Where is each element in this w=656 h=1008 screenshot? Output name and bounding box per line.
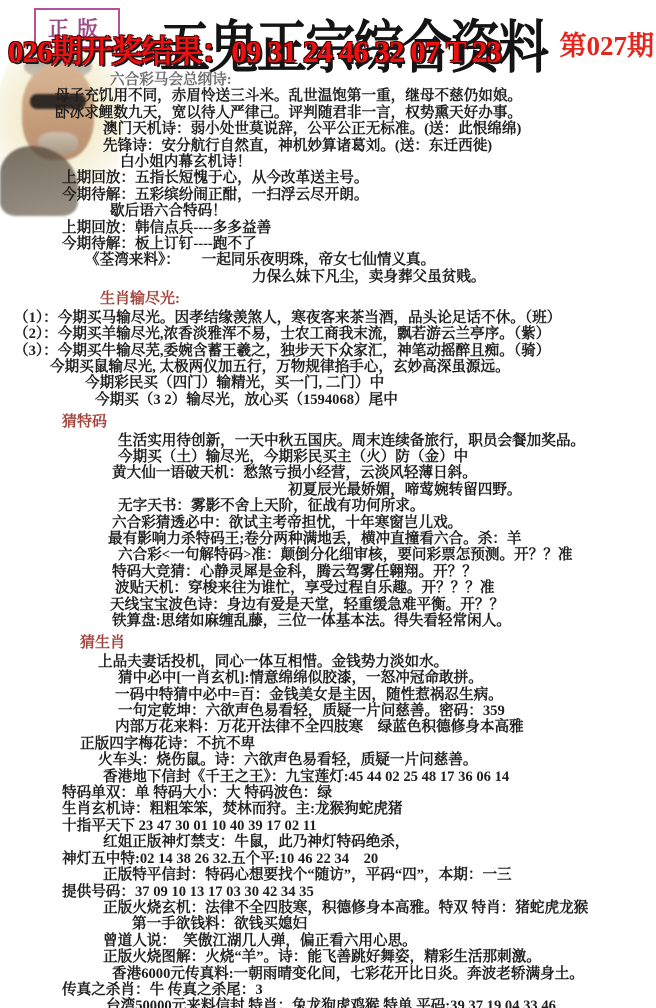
text-line: 一码中特猜中必中=百：金钱美女是主因，随性惹祸忍生病。 <box>0 687 656 703</box>
text-line: 上期回放：五指长短愧于心，从今改革送主号。 <box>0 170 656 186</box>
text-line: 今期买（3 2）输尽光，放心买（1594068）尾中 <box>0 392 656 408</box>
text-line: 今期待解：五彩缤纷闹正酣，一扫浮云尽开朗。 <box>0 187 656 203</box>
text-line: 正版四字梅花诗：不抗不卑 <box>0 736 656 752</box>
lottery-info-sheet: 正版 五鬼正宗综合资料 第027期 026期开奖结果：09 31 24 46 3… <box>0 0 656 1008</box>
text-line: 卧冰求鲤数九天，宽以待人严律己。评判随君非一言，权势熏天好办事。 <box>0 105 656 121</box>
text-line: 《荃湾来料》： 一起同乐夜明珠，帝女七仙情义真。 <box>0 252 656 268</box>
text-line: 正版特平信封：特码心想要找个“随访”，平码“四”，本期：一三 <box>0 867 656 883</box>
text-line: 六合彩猜透必中：欲试主考帝担忧，十年寒窗岂儿戏。 <box>0 515 656 531</box>
text-line: 火车头：烧伤鼠。诗：六欲声色易看轻，质疑一片问慈善。 <box>0 752 656 768</box>
text-line: 红姐正版神灯禁支：牛鼠，此乃神灯特码绝杀， <box>0 834 656 850</box>
text-line: 生肖玄机诗：粗粗笨笨，焚林而狩。主:龙猴狗蛇虎猪 <box>0 801 656 817</box>
text-line: 六合彩<一句解特码>准：颠倒分化细审核，要问彩票怎预测。开？？准 <box>0 547 656 563</box>
text-line: 澳门天机诗：弱小处世莫说辞，公平公正无标准。(送：此恨绵绵) <box>0 121 656 137</box>
text-line: 歇后语六合特码！ <box>0 203 656 219</box>
section-heading: 生肖输尽光: <box>0 291 656 307</box>
section-heading: 猜生肖 <box>0 635 656 651</box>
text-line: 香港6000元传真料:一朝雨晴变化间，七彩花开比日炎。奔波老轿满身土。 <box>0 966 656 982</box>
text-line: 曾道人说： 笑傲江湖几人弹，偏正看六用心思。 <box>0 933 656 949</box>
text-line: 最有影响力杀特码王;卷分两种满地丢，横冲直撞看六合。杀：羊 <box>0 531 656 547</box>
text-line: 特码单双：单 特码大小：大 特码波色：绿 <box>0 785 656 801</box>
text-line: 一句定乾坤：六欲声色易看轻，质疑一片问慈善。密码：359 <box>0 703 656 719</box>
previous-draw-result-banner: 026期开奖结果：09 31 24 46 32 07 T 23 <box>8 26 501 71</box>
text-line: 上品夫妻话投机，同心一体互相惜。金钱势力淡如水。 <box>0 654 656 670</box>
text-line: 传真之杀肖：牛 传真之杀尾：3 <box>0 982 656 998</box>
text-line: 今期买鼠输尽光, 太极两仪加五行，万物规律掐手心，玄妙高深虽源远。 <box>0 359 656 375</box>
text-line: 内部万花来料：万花开法律不全四肢寒 绿蓝色积德修身本高雅 <box>0 719 656 735</box>
text-line: 初夏辰光最娇媚，啼莺婉转留四野。 <box>0 482 656 498</box>
text-line: 今期彩民买（四门）输精光，买一门, 二门）中 <box>0 375 656 391</box>
text-line: 无字天书：雾影不舍上天阶，征战有功何所求。 <box>0 498 656 514</box>
text-line: 提供号码：37 09 10 13 17 03 30 42 34 35 <box>0 884 656 900</box>
text-line: （2）：今期买羊输尽光,浓香淡雅浑不易，士农工商我末流，飘若游云兰亭序。（紫） <box>0 326 656 342</box>
text-line: 香港地下信封《千王之王》：九宝莲灯:45 44 02 25 48 17 36 0… <box>0 769 656 785</box>
text-line: 六合彩马会总纲诗: <box>0 72 656 88</box>
text-line: 生活实用待创新，一天中秋五国庆。周末连续备旅行，职员会餐加奖品。 <box>0 433 656 449</box>
text-line: 白小姐内幕玄机诗！ <box>0 154 656 170</box>
issue-number: 第027期 <box>560 24 655 63</box>
text-line: （3）：今期买牛输尽芜,委婉含蓄王羲之，独步天下众家汇，神笔动摇醉且痴。（骑） <box>0 343 656 359</box>
text-line: 铁算盘:思绪如麻缠乱藤，三位一体基本法。得失看轻常闲人。 <box>0 613 656 629</box>
text-line: （1）：今期买马输尽光。因孝结缘羡煞人，寒夜客来茶当酒，品头论足话不休。（班） <box>0 310 656 326</box>
text-line: 先锋诗：安分航行自然直，神机妙算诸葛刘。(送：东迁西徙) <box>0 138 656 154</box>
text-line: 猜中必中[一肖玄机]:情意绵绵似胶漆，一怒冲冠命敢拼。 <box>0 670 656 686</box>
text-line: 正版火烧玄机：法律不全四肢寒，积德修身本高雅。特双 特肖：猪蛇虎龙猴 <box>0 900 656 916</box>
text-line: 上期回放：韩信点兵----多多益善 <box>0 220 656 236</box>
section-heading: 猜特码 <box>0 414 656 430</box>
text-line: 台湾50000元来料信封 特肖：兔龙狗虎鸡猴 特单 平码:39 37 19 04… <box>0 998 656 1008</box>
text-line: 母子充饥用不同，赤眉怜送三斗米。乱世温饱第一重，继母不慈仍如娘。 <box>0 88 656 104</box>
text-line: 第一手欲钱料：欲钱买媳妇 <box>0 916 656 932</box>
text-line: 力保么妹下凡尘，卖身葬父虽贫贱。 <box>0 269 656 285</box>
text-line: 神灯五中特:02 14 38 26 32.五个平:10 46 22 34 20 <box>0 851 656 867</box>
text-line: 十指平天下 23 47 30 01 10 40 39 17 02 11 <box>0 818 656 834</box>
text-line: 今期买（土）输尽光，今期彩民买主（火）防（金）中 <box>0 449 656 465</box>
text-line: 特码大竞猜：心静灵犀是金科，腾云驾雾任翱翔。开？？ <box>0 564 656 580</box>
text-line: 正版火烧图解：火烧“羊”。诗：能飞善跳好舞姿，精彩生活那刺激。 <box>0 949 656 965</box>
text-line: 今期待解：板上订钉----跑不了 <box>0 236 656 252</box>
text-line: 波贴天机：穿梭来往为谁忙，享受过程自乐趣。开？？？准 <box>0 580 656 596</box>
text-line: 黄大仙一语破天机：愁煞亏损小经营，云淡风轻薄日斜。 <box>0 465 656 481</box>
text-line: 天线宝宝波色诗：身边有爱是天堂，轻重缓急难平衡。开？？ <box>0 597 656 613</box>
document-body: 六合彩马会总纲诗:母子充饥用不同，赤眉怜送三斗米。乱世温饱第一重，继母不慈仍如娘… <box>0 72 656 1008</box>
